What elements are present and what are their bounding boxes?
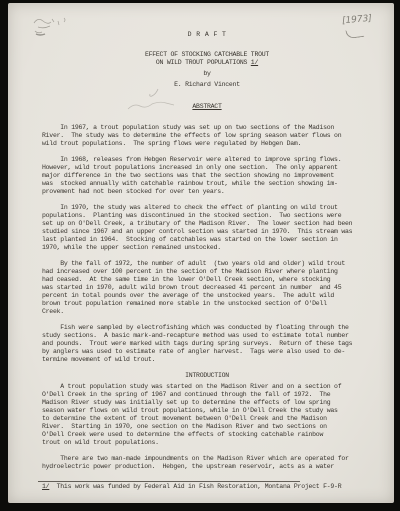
handwritten-year-note: [1973]	[342, 14, 373, 27]
footnote-reference: 1/	[251, 59, 258, 66]
abstract-heading: ABSTRACT	[42, 103, 372, 111]
footnote-body: This work was funded by Federal Aid in F…	[49, 483, 341, 490]
introduction-paragraph-2: There are two man-made impoundments on t…	[42, 455, 372, 471]
draft-label: D R A F T	[42, 31, 372, 39]
report-title-line2: ON WILD TROUT POPULATIONS 1/	[42, 59, 372, 67]
document-page: [1973] D R A F T EFFECT OF STOCKING CATC…	[8, 3, 394, 503]
typewritten-content: D R A F T EFFECT OF STOCKING CATCHABLE T…	[42, 31, 372, 479]
byline-prefix: by	[42, 70, 372, 78]
introduction-paragraph-1: A trout population study was started on …	[42, 383, 372, 447]
abstract-paragraph-5: Fish were sampled by electrofishing whic…	[42, 324, 372, 364]
abstract-paragraph-2: In 1968, releases from Hebgen Reservoir …	[42, 156, 372, 196]
report-title-line2-text: ON WILD TROUT POPULATIONS	[156, 59, 251, 66]
report-title-line1: EFFECT OF STOCKING CATCHABLE TROUT	[42, 51, 372, 59]
footnote-area: 1/ This work was funded by Federal Aid i…	[42, 483, 374, 491]
footnote-separator	[38, 481, 300, 482]
abstract-paragraph-3: In 1970, the study was altered to check …	[42, 204, 372, 252]
introduction-heading: INTRODUCTION	[42, 372, 372, 380]
abstract-paragraph-1: In 1967, a trout population study was se…	[42, 124, 372, 148]
footnote-text: 1/ This work was funded by Federal Aid i…	[42, 483, 374, 491]
author-name: E. Richard Vincent	[42, 81, 372, 89]
abstract-paragraph-4: By the fall of 1972, the number of adult…	[42, 260, 372, 316]
